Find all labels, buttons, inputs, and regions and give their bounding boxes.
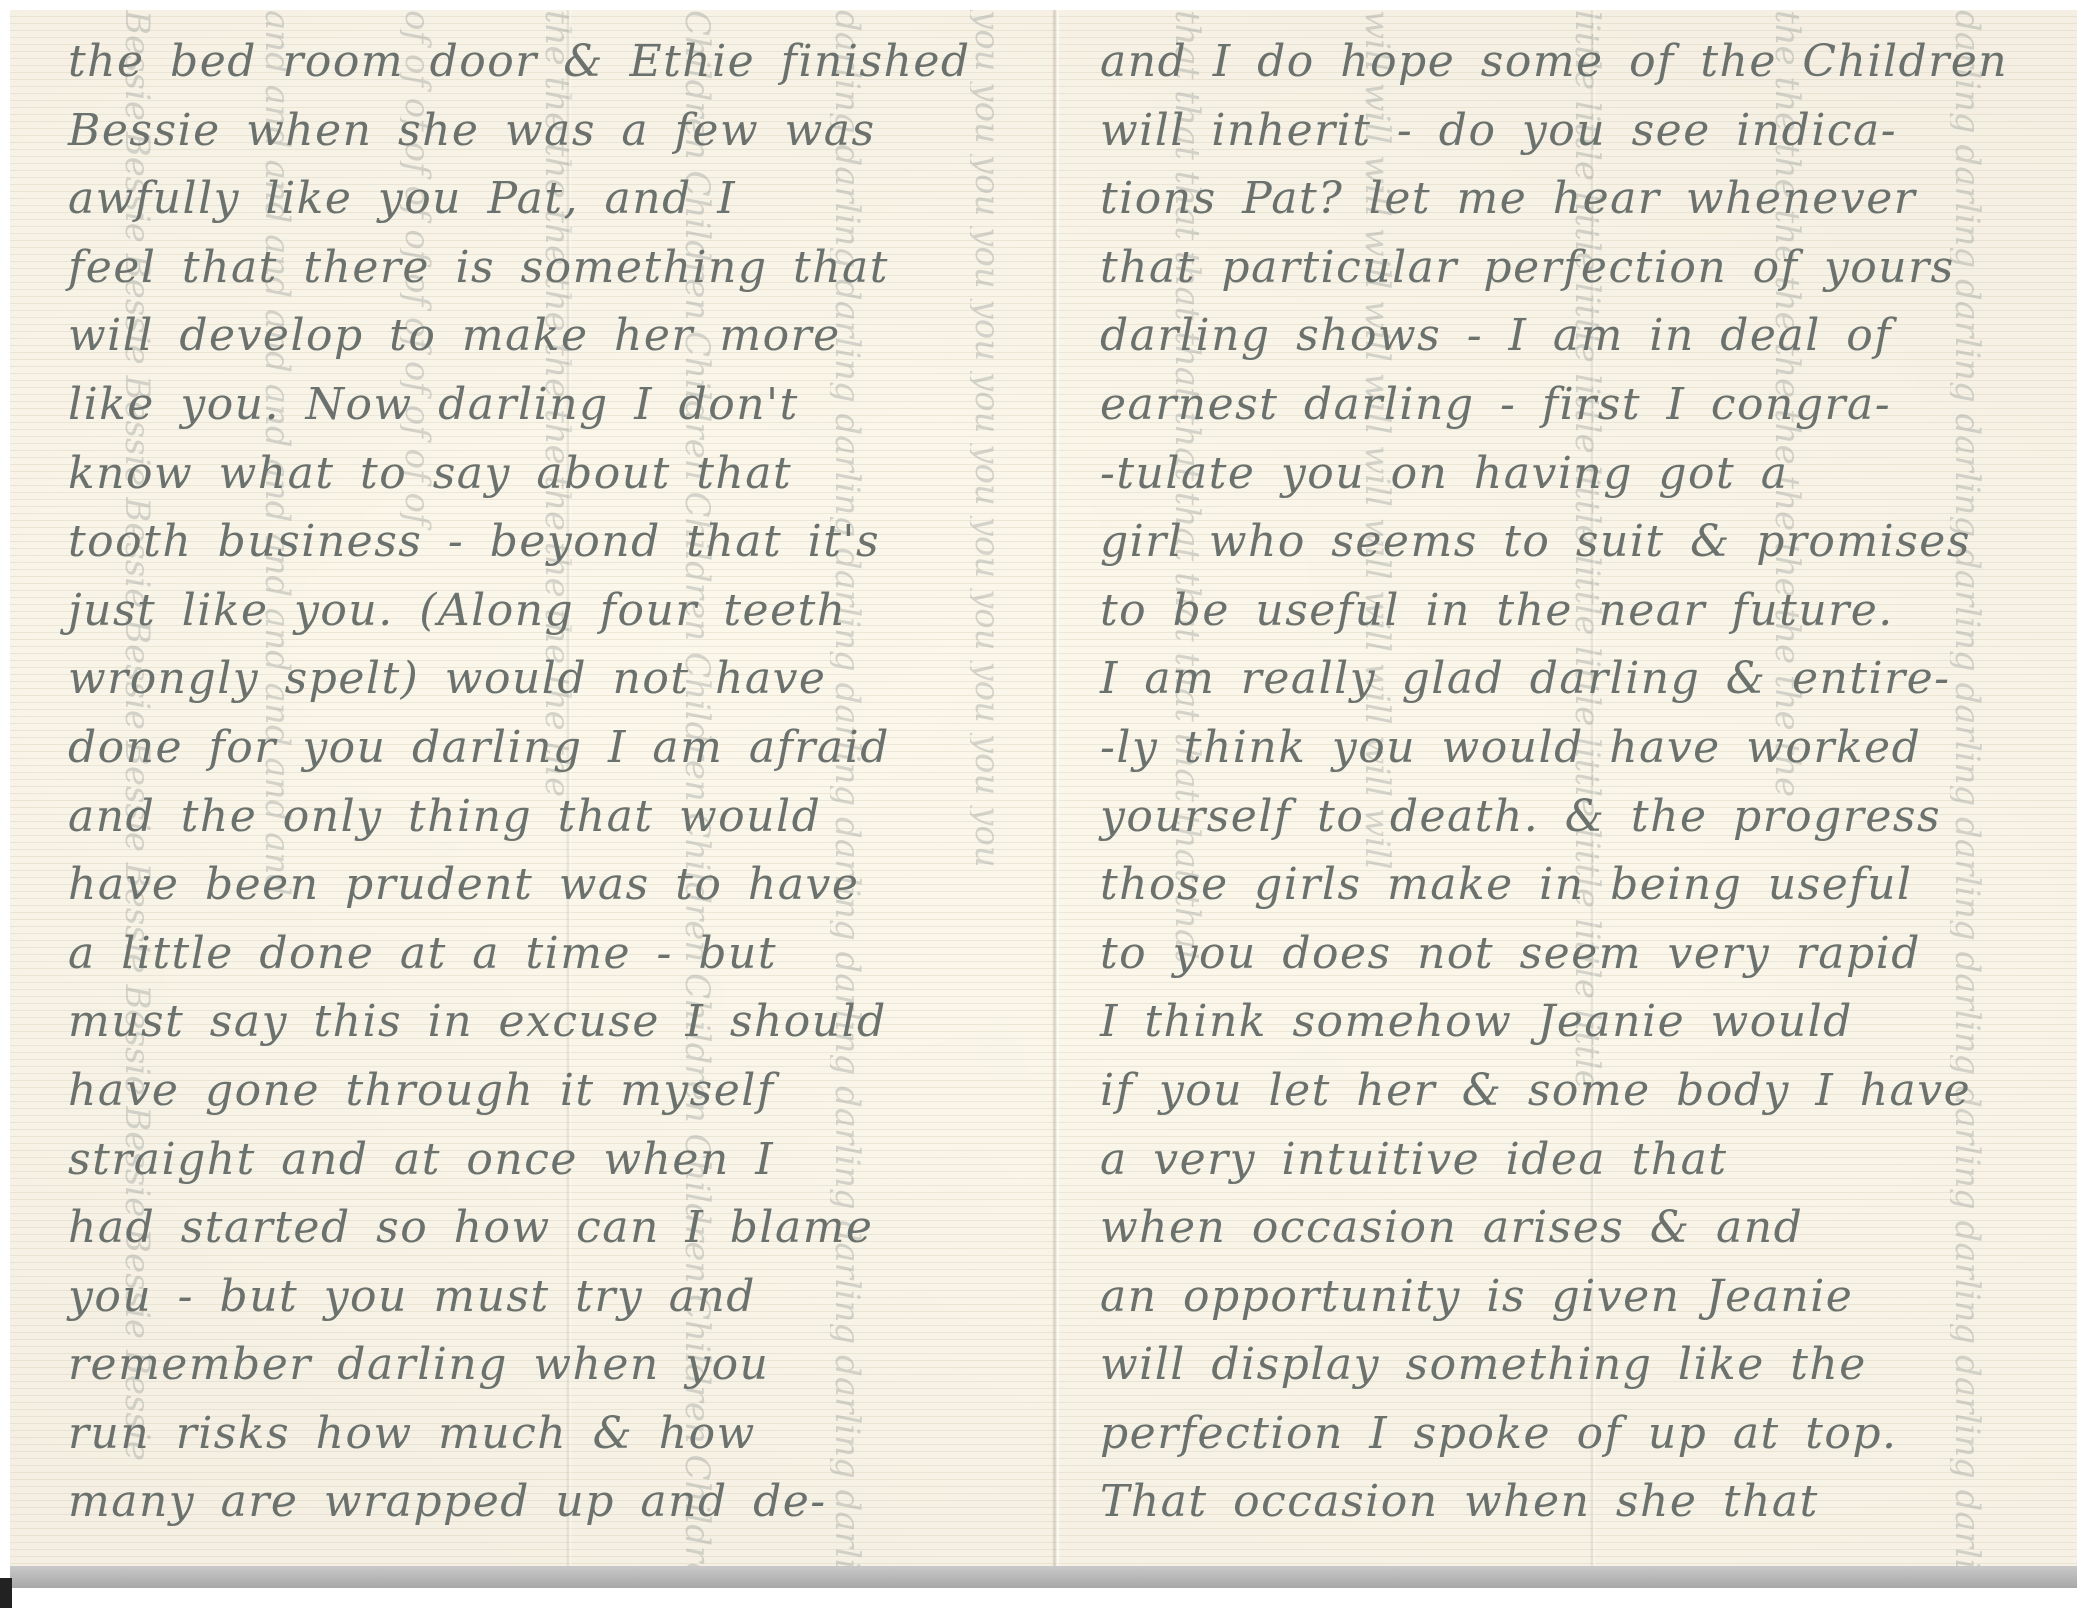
handwritten-line: you - but you must try and [68,1263,1048,1332]
left-page: the bed room door & Ethie finished Bessi… [68,28,1048,1578]
handwritten-line: -tulate you on having got a [1100,440,2077,509]
handwritten-line: many are wrapped up and de- [68,1468,1048,1537]
handwritten-line: that particular perfection of yours [1100,234,2077,303]
handwritten-line: when occasion arises & and [1100,1194,2077,1263]
handwritten-line: Bessie when she was a few was [68,97,1048,166]
handwritten-line: feel that there is something that [68,234,1048,303]
handwritten-line: a very intuitive idea that [1100,1126,2077,1195]
handwritten-line: had started so how can I blame [68,1194,1048,1263]
handwritten-line: have been prudent was to have [68,851,1048,920]
scan-corner-shadow [0,1578,12,1608]
scanned-letter: Bessie Bessie Bessie Bessie Bessie Bessi… [0,0,2077,1608]
handwritten-line: to be useful in the near future. [1100,577,2077,646]
scan-edge-shadow [10,1566,2077,1588]
handwritten-line: That occasion when she that [1100,1468,2077,1537]
handwritten-line: wrongly spelt) would not have [68,645,1048,714]
handwritten-line: -ly think you would have worked [1100,714,2077,783]
handwritten-line: and I do hope some of the Children [1100,28,2077,97]
handwritten-line: like you. Now darling I don't [68,371,1048,440]
paper-fold-center [1052,10,1060,1588]
right-page: and I do hope some of the Children will … [1100,28,2077,1578]
handwritten-line: if you let her & some body I have [1100,1057,2077,1126]
handwritten-line: know what to say about that [68,440,1048,509]
handwritten-line: the bed room door & Ethie finished [68,28,1048,97]
handwritten-line: will develop to make her more [68,302,1048,371]
handwritten-line: an opportunity is given Jeanie [1100,1263,2077,1332]
handwritten-line: will display something like the [1100,1331,2077,1400]
handwritten-line: and the only thing that would [68,783,1048,852]
handwritten-line: have gone through it myself [68,1057,1048,1126]
handwritten-line: darling shows - I am in deal of [1100,302,2077,371]
handwritten-line: will inherit - do you see indica- [1100,97,2077,166]
handwritten-line: must say this in excuse I should [68,988,1048,1057]
handwritten-line: yourself to death. & the progress [1100,783,2077,852]
handwritten-line: to you does not seem very rapid [1100,920,2077,989]
handwritten-line: I think somehow Jeanie would [1100,988,2077,1057]
handwritten-line: a little done at a time - but [68,920,1048,989]
handwritten-line: done for you darling I am afraid [68,714,1048,783]
handwritten-line: straight and at once when I [68,1126,1048,1195]
handwritten-line: run risks how much & how [68,1400,1048,1469]
handwritten-line: earnest darling - first I congra- [1100,371,2077,440]
handwritten-line: tooth business - beyond that it's [68,508,1048,577]
handwritten-line: awfully like you Pat, and I [68,165,1048,234]
handwritten-line: perfection I spoke of up at top. [1100,1400,2077,1469]
handwritten-line: those girls make in being useful [1100,851,2077,920]
handwritten-line: tions Pat? let me hear whenever [1100,165,2077,234]
letter-sheet: Bessie Bessie Bessie Bessie Bessie Bessi… [10,10,2077,1588]
handwritten-line: just like you. (Along four teeth [68,577,1048,646]
handwritten-line: I am really glad darling & entire- [1100,645,2077,714]
handwritten-line: girl who seems to suit & promises [1100,508,2077,577]
handwritten-line: remember darling when you [68,1331,1048,1400]
